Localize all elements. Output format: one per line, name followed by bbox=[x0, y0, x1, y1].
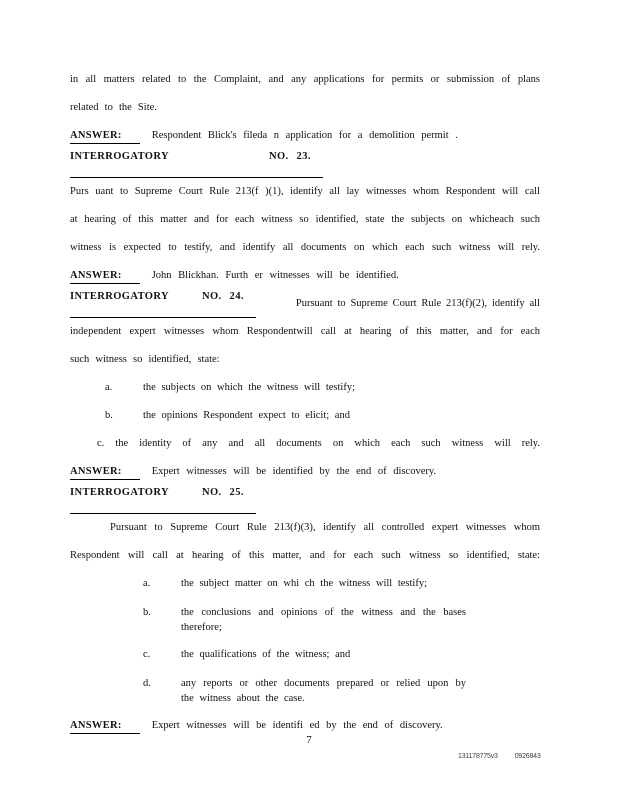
paragraph-line: witness is expected to testify, and iden… bbox=[70, 234, 540, 262]
answer-label: ANSWER: bbox=[70, 269, 140, 284]
list-item-line: any reports or other documents prepared … bbox=[181, 676, 466, 691]
list-item-text: the subjects on which the witness will t… bbox=[143, 374, 355, 402]
heading-underline: INTERROGATORYNO.23. bbox=[70, 150, 323, 178]
list-item: c.the qualifications of the witness; and bbox=[70, 641, 540, 669]
list-item-line: the witness about the case. bbox=[181, 691, 466, 706]
document-content: in all matters related to the Complaint,… bbox=[70, 66, 540, 740]
heading-label: INTERROGATORY bbox=[70, 151, 169, 162]
paragraph-line: Respondent will call at hearing of this … bbox=[70, 542, 540, 570]
heading-no: NO. bbox=[202, 291, 222, 302]
list-item: a.the subject matter on whi ch the witne… bbox=[70, 570, 540, 598]
list-item: b.the conclusions and opinions of the wi… bbox=[70, 598, 540, 641]
paragraph-line: related to the Site. bbox=[70, 94, 540, 122]
paragraph-line: such witness so identified, state: bbox=[70, 346, 540, 374]
paragraph-line: in all matters related to the Complaint,… bbox=[70, 66, 540, 94]
footer-batch-id: 0926843 bbox=[515, 753, 541, 760]
list-item-marker: a. bbox=[105, 374, 143, 402]
list-item-text: the conclusions and opinions of the witn… bbox=[181, 605, 466, 635]
footer-doc-ids: 131178775v3 0926843 bbox=[458, 753, 541, 760]
heading-number: 25. bbox=[230, 487, 244, 498]
interrogatory-heading: INTERROGATORYNO.23. bbox=[70, 150, 540, 178]
list-item: b.the opinions Respondent expect to elic… bbox=[70, 402, 540, 430]
paragraph-line: Purs uant to Supreme Court Rule 213(f )(… bbox=[70, 178, 540, 206]
answer-row: ANSWER:Expert witnesses will be identifi… bbox=[70, 458, 540, 486]
heading-continuation: Pursuant to Supreme Court Rule 213(f)(2)… bbox=[296, 290, 540, 318]
list-item-line: the opinions Respondent expect to elicit… bbox=[143, 402, 350, 430]
list-item-text: the opinions Respondent expect to elicit… bbox=[143, 402, 350, 430]
heading-number: 23. bbox=[297, 151, 311, 162]
list-item-line: the qualifications of the witness; and bbox=[181, 641, 350, 669]
list-item-text: the subject matter on whi ch the witness… bbox=[181, 570, 427, 598]
list-item-line: the conclusions and opinions of the witn… bbox=[181, 605, 466, 620]
answer-label: ANSWER: bbox=[70, 129, 140, 144]
list-item: a.the subjects on which the witness will… bbox=[70, 374, 540, 402]
list-item-marker: b. bbox=[143, 605, 181, 635]
interrogatory-heading: INTERROGATORYNO.25. bbox=[70, 486, 540, 514]
page-number: 7 bbox=[0, 732, 618, 748]
heading-underline: INTERROGATORYNO.24. bbox=[70, 290, 256, 318]
answer-row: ANSWER:Respondent Blick's fileda n appli… bbox=[70, 122, 540, 150]
heading-label: INTERROGATORY bbox=[70, 487, 169, 498]
list-item-line: the subject matter on whi ch the witness… bbox=[181, 570, 427, 598]
list-item-marker: d. bbox=[143, 676, 181, 706]
interrogatory-heading: INTERROGATORYNO.24.Pursuant to Supreme C… bbox=[70, 290, 540, 318]
heading-underline: INTERROGATORYNO.25. bbox=[70, 486, 256, 514]
list-item-line: therefore; bbox=[181, 620, 466, 635]
answer-text: Expert witnesses will be identified by t… bbox=[152, 466, 436, 477]
heading-no: NO. bbox=[202, 487, 222, 498]
footer-doc-id: 131178775v3 bbox=[458, 753, 498, 760]
list-item-line: the subjects on which the witness will t… bbox=[143, 374, 355, 402]
answer-text: Expert witnesses will be identifi ed by … bbox=[152, 720, 443, 731]
document-page: in all matters related to the Complaint,… bbox=[0, 0, 618, 800]
list-item-text: the qualifications of the witness; and bbox=[181, 641, 350, 669]
answer-text: John Blickhan. Furth er witnesses will b… bbox=[152, 270, 399, 281]
heading-no: NO. bbox=[269, 151, 289, 162]
paragraph-line: at hearing of this matter and for each w… bbox=[70, 206, 540, 234]
paragraph-line: c. the identity of any and all documents… bbox=[97, 430, 540, 458]
paragraph-line: independent expert witnesses whom Respon… bbox=[70, 318, 540, 346]
heading-number: 24. bbox=[230, 291, 244, 302]
answer-row: ANSWER:John Blickhan. Furth er witnesses… bbox=[70, 262, 540, 290]
list-item-marker: a. bbox=[143, 570, 181, 598]
list-item-marker: b. bbox=[105, 402, 143, 430]
answer-label: ANSWER: bbox=[70, 465, 140, 480]
list-item-marker: c. bbox=[143, 641, 181, 669]
list-item-text: any reports or other documents prepared … bbox=[181, 676, 466, 706]
answer-text: Respondent Blick's fileda n application … bbox=[152, 130, 458, 141]
list-item: d.any reports or other documents prepare… bbox=[70, 669, 540, 712]
heading-label: INTERROGATORY bbox=[70, 291, 169, 302]
paragraph-line: Pursuant to Supreme Court Rule 213(f)(3)… bbox=[110, 514, 540, 542]
